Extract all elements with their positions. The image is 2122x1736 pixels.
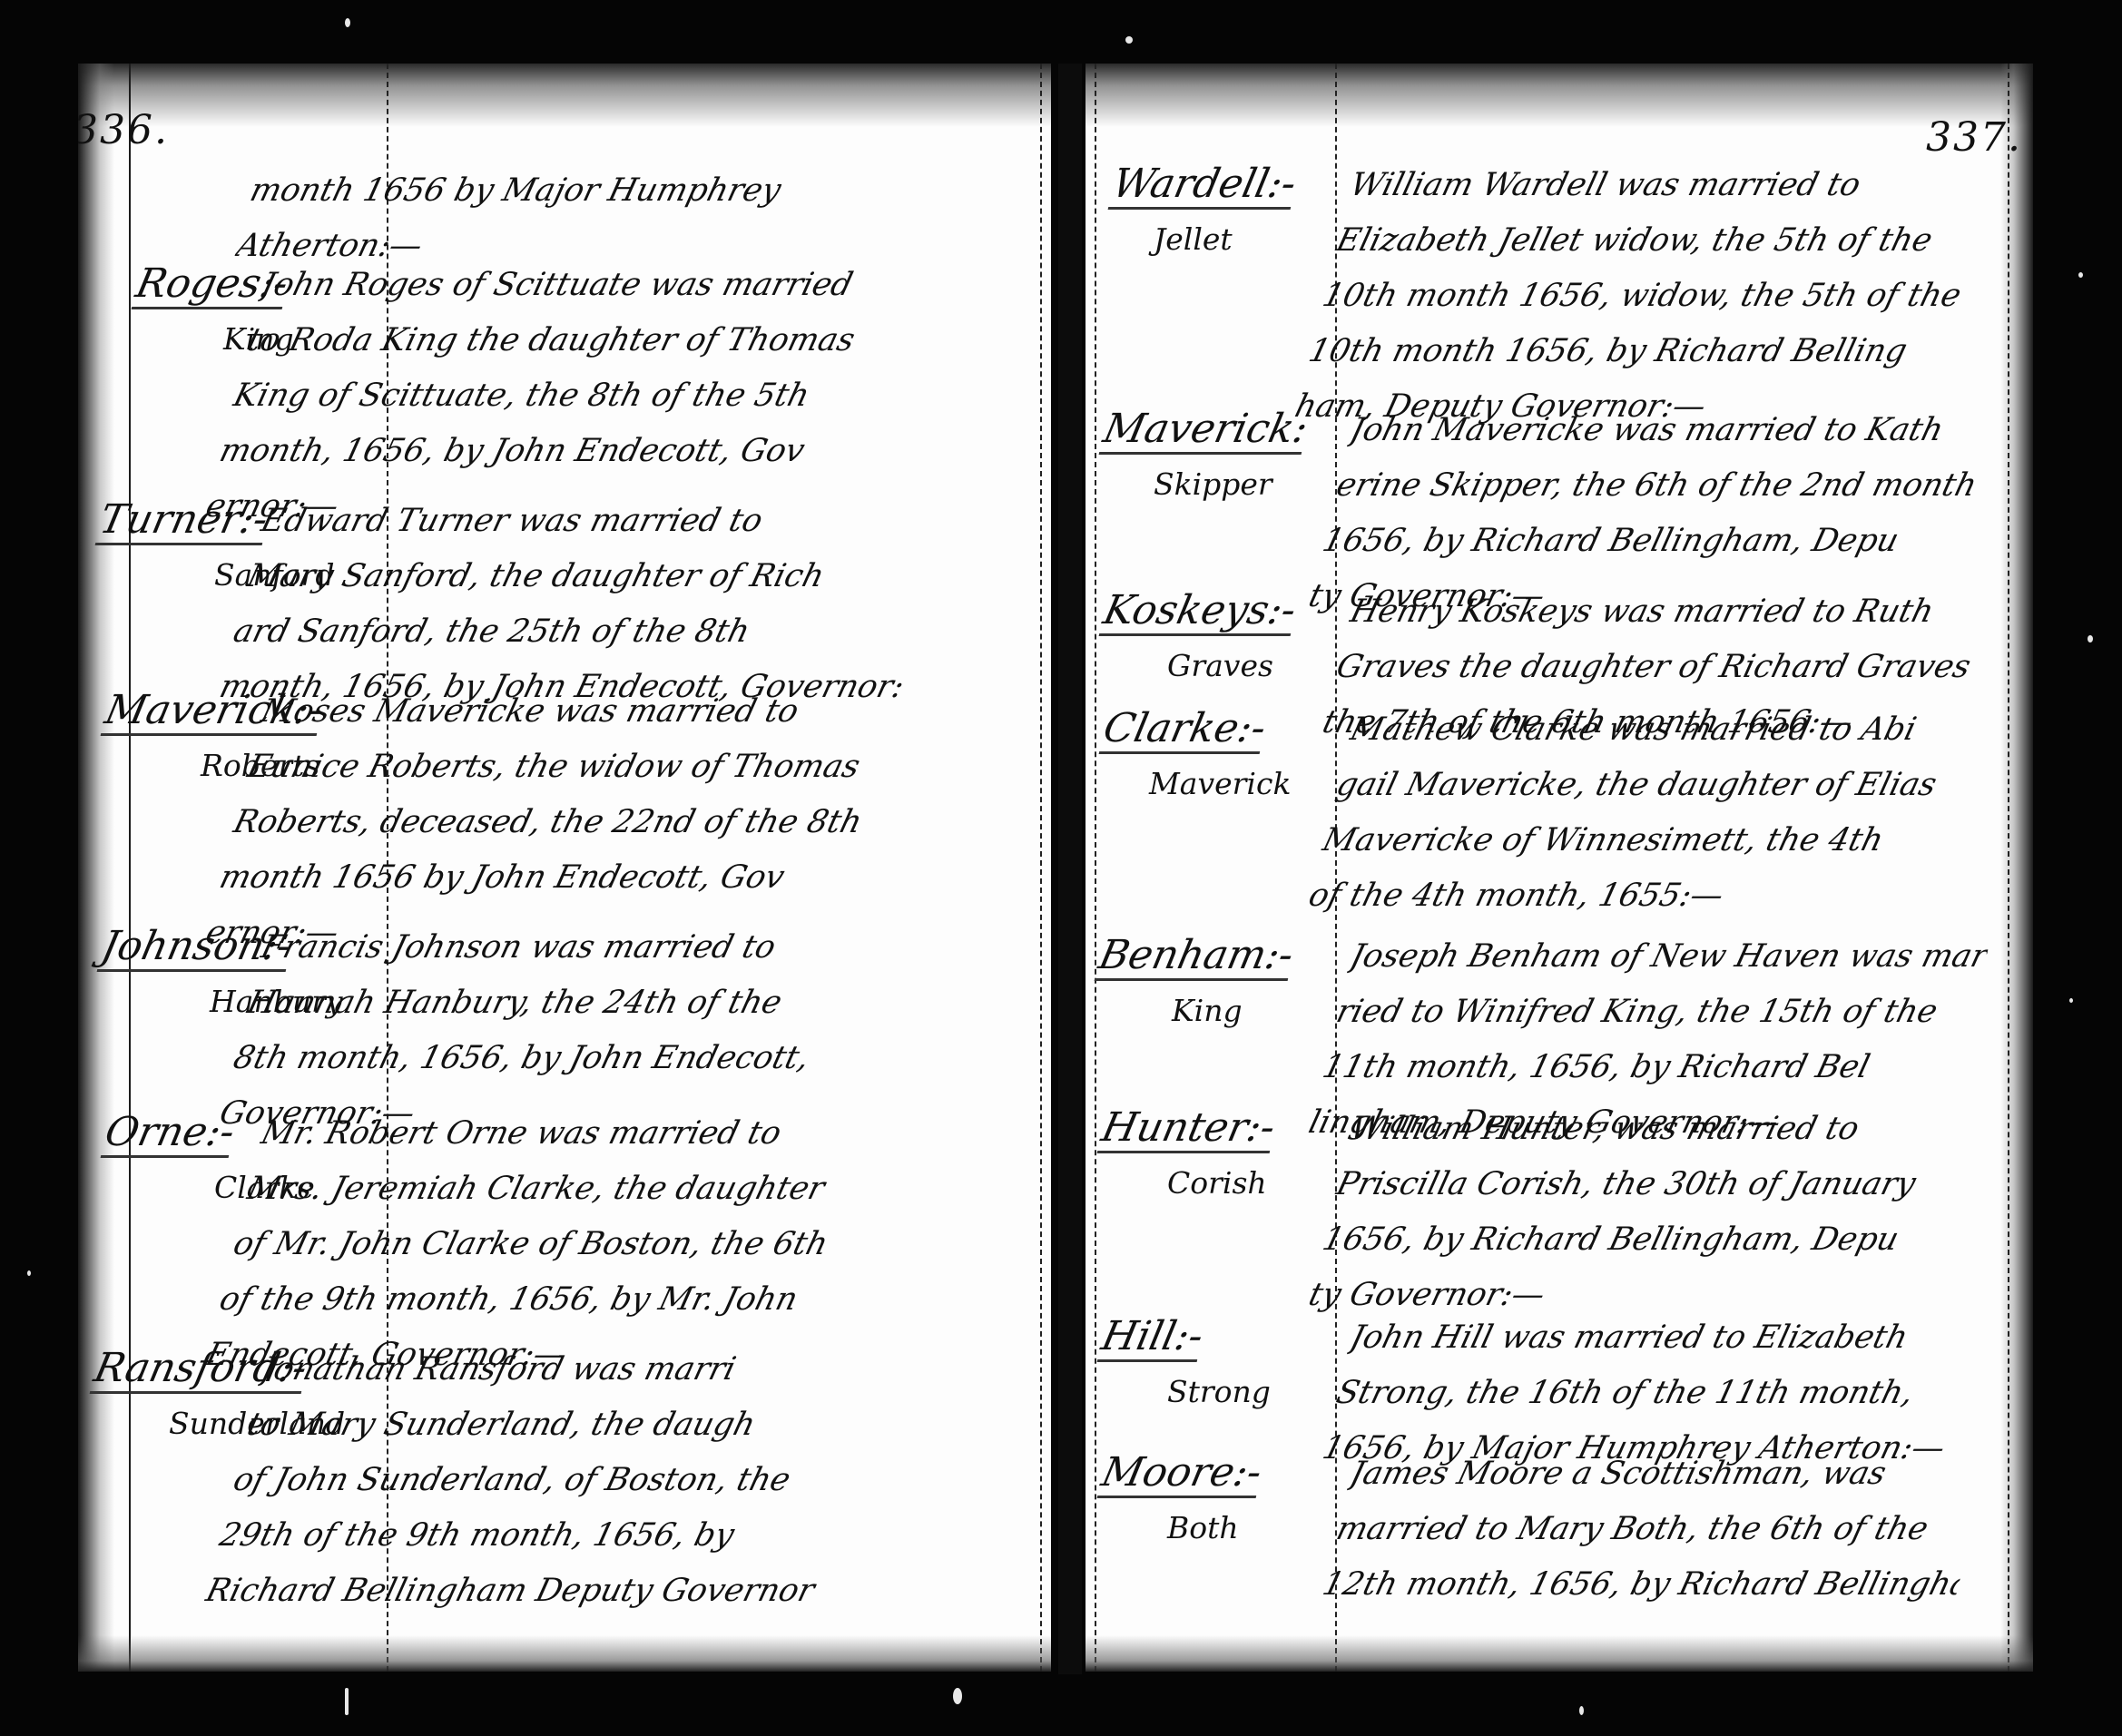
record-line: John Hill was married to Elizabeth xyxy=(1344,1310,1993,1366)
record-line: Mavericke of Winnesimett, the 4th xyxy=(1316,813,1965,868)
record-line: Graves the daughter of Richard Graves xyxy=(1331,640,1980,695)
groom-surname-heading: Maverick: xyxy=(1099,408,1312,455)
record-line: married to Mary Both, the 6th of the xyxy=(1331,1502,1980,1557)
record-line: month, 1656, by John Endecott, Gov xyxy=(213,424,980,479)
bride-surname: Both xyxy=(1167,1510,1239,1545)
right-page: 337. Wardell:-JelletWilliam Wardell was … xyxy=(1086,64,2033,1672)
groom-surname-heading: Hunter:- xyxy=(1097,1107,1279,1153)
page-edge-shadow xyxy=(78,64,114,1672)
groom-surname-heading: Moore:- xyxy=(1097,1452,1266,1498)
record-line: of Mr. John Clarke of Boston, the 6th xyxy=(227,1217,994,1272)
record-line: Mathew Clarke was married to Abi xyxy=(1344,702,1993,758)
record-line: 10th month 1656, widow, the 5th of the xyxy=(1316,269,1965,324)
right-margin-rule xyxy=(1040,64,1042,1672)
marriage-record-text: Jonathan Ransford was marrito Mary Sunde… xyxy=(200,1342,1022,1619)
bride-surname: King xyxy=(1172,993,1243,1028)
record-line: Hannah Hanbury, the 24th of the xyxy=(241,976,1008,1031)
record-line: Priscilla Corish, the 30th of January xyxy=(1331,1157,1980,1212)
record-line: James Moore a Scottishman, was xyxy=(1344,1447,1993,1502)
scanned-document: 336. month 1656 by Major Humphrey Athert… xyxy=(0,0,2122,1736)
scan-noise xyxy=(345,18,350,27)
scan-noise xyxy=(953,1688,962,1704)
page-edge-shadow xyxy=(2000,64,2033,1672)
right-margin-rule xyxy=(2008,64,2009,1672)
record-line: to Roda King the daughter of Thomas xyxy=(241,313,1008,368)
record-line: Henry Koskeys was married to Ruth xyxy=(1344,584,1993,640)
record-line: John Mavericke was married to Kath xyxy=(1344,403,1993,458)
scan-noise xyxy=(2069,998,2073,1003)
record-line: Elizabeth Jellet widow, the 5th of the xyxy=(1331,213,1980,269)
record-line: William Wardell was married to xyxy=(1344,158,1993,213)
bride-surname: Strong xyxy=(1167,1374,1271,1409)
bride-surname: Skipper xyxy=(1154,466,1272,502)
record-line: 1656, by Richard Bellingham, Depu xyxy=(1316,514,1965,569)
left-page: 336. month 1656 by Major Humphrey Athert… xyxy=(78,64,1051,1672)
record-line: Roberts, deceased, the 22nd of the 8th xyxy=(227,795,994,850)
record-line: Eunice Roberts, the widow of Thomas xyxy=(241,740,1008,795)
scan-noise xyxy=(27,1270,31,1276)
groom-surname-heading: Clarke:- xyxy=(1099,708,1270,754)
record-line: Joseph Benham of New Haven was mar xyxy=(1344,929,1993,985)
record-line: Francis Johnson was married to xyxy=(255,920,1022,976)
record-line: month 1656 by Major Humphrey xyxy=(244,163,787,219)
record-line: Edward Turner was married to xyxy=(255,494,1022,549)
bride-surname: Graves xyxy=(1167,648,1273,683)
bride-surname: Corish xyxy=(1167,1165,1267,1201)
margin-rule xyxy=(1095,64,1096,1672)
record-line: ried to Winifred King, the 15th of the xyxy=(1331,985,1980,1040)
record-line: Mary Sanford, the daughter of Rich xyxy=(241,549,1008,604)
scan-noise xyxy=(1579,1706,1584,1715)
record-line: Strong, the 16th of the 11th month, xyxy=(1331,1366,1980,1421)
marriage-record-text: James Moore a Scottishman, wasmarried to… xyxy=(1316,1447,1993,1613)
scan-noise xyxy=(345,1688,349,1715)
record-line: 10th month 1656, by Richard Belling xyxy=(1302,324,1951,379)
record-line: gail Mavericke, the daughter of Elias xyxy=(1331,758,1980,813)
record-line: month 1656 by John Endecott, Gov xyxy=(213,850,980,906)
record-line: 1656, by Richard Bellingham, Depu xyxy=(1316,1212,1965,1268)
scan-noise xyxy=(1125,36,1133,44)
record-line: to Mary Sunderland, the daugh xyxy=(241,1398,1008,1453)
record-line: Mrs. Jeremiah Clarke, the daughter xyxy=(241,1162,1008,1217)
page-number: 336. xyxy=(78,107,169,153)
record-line: Jonathan Ransford was marri xyxy=(255,1342,1022,1398)
groom-surname-heading: Orne:- xyxy=(101,1112,239,1158)
record-line: 8th month, 1656, by John Endecott, xyxy=(227,1031,994,1086)
groom-surname-heading: Turner:- xyxy=(95,499,272,545)
marriage-record-text: Edward Turner was married toMary Sanford… xyxy=(213,494,1022,715)
record-line: of the 4th month, 1655:— xyxy=(1302,868,1951,924)
marriage-record-text: Mathew Clarke was married to Abigail Mav… xyxy=(1302,702,1993,924)
margin-rule xyxy=(129,64,131,1672)
groom-surname-heading: Hill:- xyxy=(1097,1316,1207,1362)
record-line: 12th month, 1656, by Richard Bellingham … xyxy=(1316,1557,1965,1613)
bride-surname: Jellet xyxy=(1154,221,1233,257)
record-line: King of Scittuate, the 8th of the 5th xyxy=(227,368,994,424)
marriage-record-text: William Wardell was married toElizabeth … xyxy=(1289,158,1993,435)
record-line: 11th month, 1656, by Richard Bel xyxy=(1316,1040,1965,1095)
record-line: Moses Mavericke was married to xyxy=(255,684,1022,740)
record-line: 29th of the 9th month, 1656, by xyxy=(213,1508,980,1564)
groom-surname-heading: Wardell:- xyxy=(1108,163,1301,210)
marriage-record-text: William Hunter, was married toPriscilla … xyxy=(1302,1102,1993,1323)
record-line: ard Sanford, the 25th of the 8th xyxy=(227,604,994,660)
record-line: of the 9th month, 1656, by Mr. John xyxy=(213,1272,980,1328)
groom-surname-heading: Koskeys:- xyxy=(1099,590,1300,636)
bride-surname: Maverick xyxy=(1149,766,1291,801)
record-line: erine Skipper, the 6th of the 2nd month xyxy=(1331,458,1980,514)
record-line: John Roges of Scittuate was married xyxy=(255,258,1022,313)
book-gutter xyxy=(1058,64,1082,1674)
page-number: 337. xyxy=(1926,114,2022,161)
record-line: Richard Bellingham Deputy Governor xyxy=(200,1564,967,1619)
record-line: William Hunter, was married to xyxy=(1344,1102,1993,1157)
groom-surname-heading: Benham:- xyxy=(1095,935,1298,981)
record-line: of John Sunderland, of Boston, the xyxy=(227,1453,994,1508)
scan-noise xyxy=(2078,272,2083,278)
record-line: Mr. Robert Orne was married to xyxy=(255,1106,1022,1162)
scan-noise xyxy=(2088,635,2093,642)
